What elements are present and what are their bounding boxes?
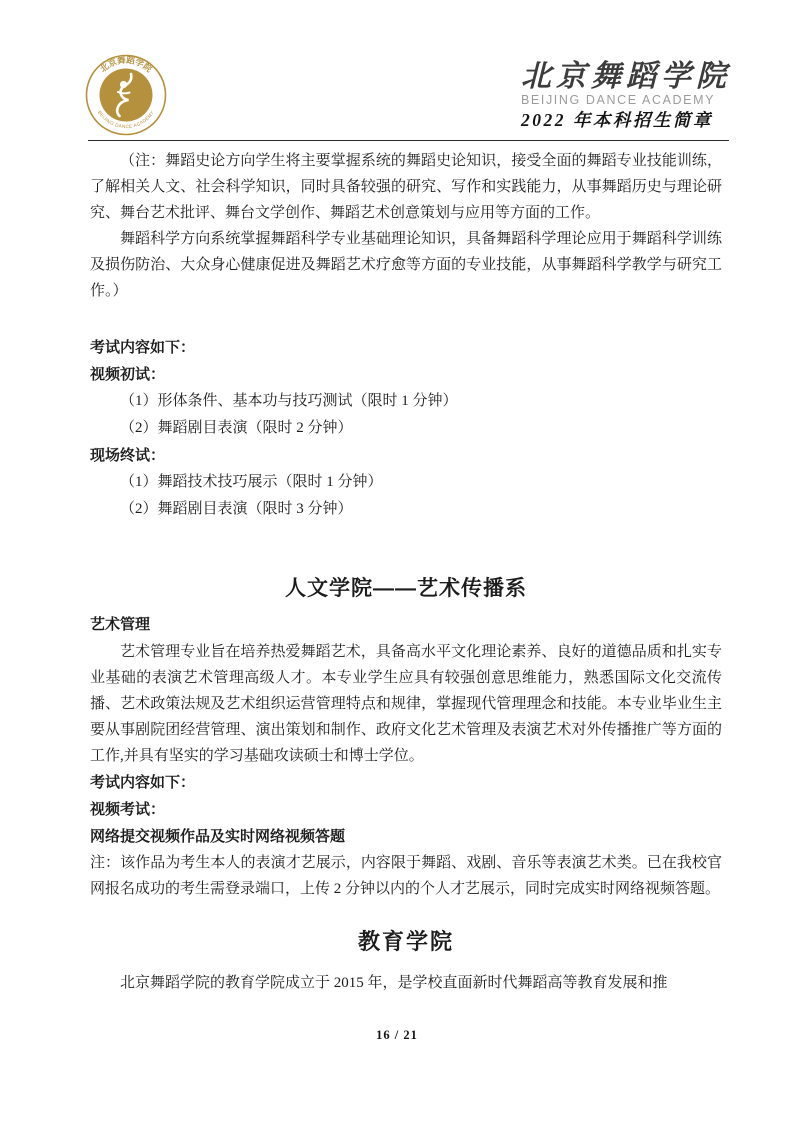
- education-intro-paragraph: 北京舞蹈学院的教育学院成立于 2015 年，是学校直面新时代舞蹈高等教育发展和推: [90, 970, 722, 996]
- header-divider: [88, 140, 729, 141]
- note-paragraph-1: （注：舞蹈史论方向学生将主要掌握系统的舞蹈史论知识，接受全面的舞蹈专业技能训练，…: [90, 148, 722, 226]
- education-school-heading: 教育学院: [90, 928, 722, 956]
- exam-section-dance: 考试内容如下： 视频初试： （1）形体条件、基本功与技巧测试（限时 1 分钟） …: [90, 334, 722, 523]
- brand-block: 北京舞蹈学院 BEIJING DANCE ACADEMY 2022 年本科招生简…: [521, 62, 731, 129]
- document-page: 北京舞蹈学院 BEIJING DANCE ACADEMY 北京舞蹈学院 BEIJ…: [0, 0, 794, 1123]
- academy-seal-icon: 北京舞蹈学院 BEIJING DANCE ACADEMY: [85, 54, 167, 136]
- humanities-school-heading: 人文学院——艺术传播系: [90, 575, 722, 603]
- note-paragraph-2: 舞蹈科学方向系统掌握舞蹈科学专业基础理论知识，具备舞蹈科学理论应用于舞蹈科学训练…: [90, 226, 722, 304]
- page-number: 16 / 21: [0, 1028, 794, 1043]
- exam-item: （1）形体条件、基本功与技巧测试（限时 1 分钟）: [90, 388, 722, 415]
- brand-chinese-calligraphy: 北京舞蹈学院: [521, 62, 731, 92]
- major-intro-paragraph: 艺术管理专业旨在培养热爱舞蹈艺术，具备高水平文化理论素养、良好的道德品质和扎实专…: [90, 639, 722, 769]
- round-video-preliminary-label: 视频初试：: [90, 361, 722, 388]
- seal-svg: 北京舞蹈学院 BEIJING DANCE ACADEMY: [85, 54, 167, 136]
- exam-item: （1）舞蹈技术技巧展示（限时 1 分钟）: [90, 469, 722, 496]
- video-exam-label: 视频考试：: [90, 796, 722, 823]
- brand-year-line: 2022 年本科招生简章: [521, 112, 731, 130]
- exam-title: 考试内容如下：: [90, 769, 722, 796]
- exam-section-art-management: 考试内容如下： 视频考试： 网络提交视频作品及实时网络视频答题 注：该作品为考生…: [90, 769, 722, 902]
- brand-english-name: BEIJING DANCE ACADEMY: [521, 94, 731, 107]
- major-title-art-management: 艺术管理: [90, 614, 722, 636]
- exam-item: （2）舞蹈剧目表演（限时 2 分钟）: [90, 415, 722, 442]
- exam-note-paragraph: 注：该作品为考生本人的表演才艺展示，内容限于舞蹈、戏剧、音乐等表演艺术类。已在我…: [90, 850, 722, 902]
- page-content: （注：舞蹈史论方向学生将主要掌握系统的舞蹈史论知识，接受全面的舞蹈专业技能训练，…: [90, 148, 722, 996]
- round-onsite-final-label: 现场终试：: [90, 442, 722, 469]
- exam-submission-requirement: 网络提交视频作品及实时网络视频答题: [90, 823, 722, 850]
- exam-title: 考试内容如下：: [90, 334, 722, 361]
- exam-item: （2）舞蹈剧目表演（限时 3 分钟）: [90, 496, 722, 523]
